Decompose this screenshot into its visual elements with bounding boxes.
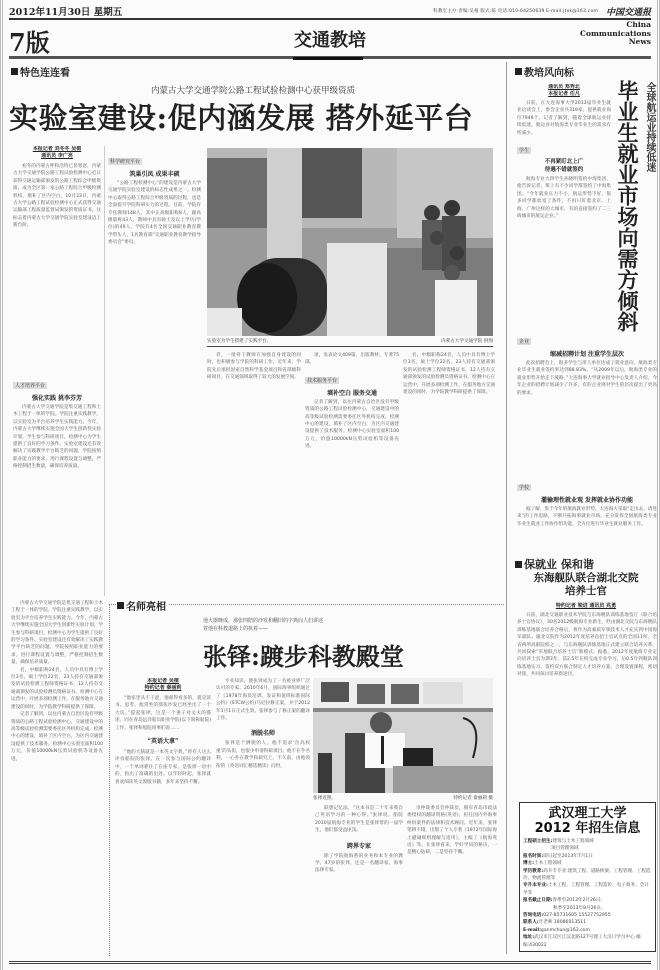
teacher-column-4: 市仲裁委员会仲裁员，拥有青岛市政法委授权的翻译资格(英语)，担任国内外海事纠纷案…: [407, 805, 497, 953]
lead-column-1b: 人才培养平台 强化实践 挑李芬芳 内蒙古大学交通学院是集交通工程和土木工程于一体…: [13, 372, 101, 597]
newspaper-logo: 中国交通报: [606, 5, 651, 18]
section-label-text: 教培风向标: [524, 64, 574, 79]
article-text: 初冬的内蒙古呼和浩特已显寒意，内蒙古大学交通学院公路工程试验检测中心近日获得交通…: [13, 163, 101, 230]
ad-line-label: 工程硕士招生:: [523, 839, 552, 844]
lead-column-2: 科学研究平台 筑巢引凤 成果丰硕 “公路工程检测中心”的建设是内蒙古大学交通学院…: [108, 148, 201, 598]
lead-kicker: 内蒙古大学交通学院公路工程试验检测中心获甲级资质: [103, 84, 403, 96]
article-text: “他家里从不干涩，他却得看多的，就是读书、思考。他常坐的那张沙发已经坐出了一个大…: [115, 695, 211, 732]
teacher-headline: 张铎:踱步科教殿堂: [203, 637, 404, 672]
right-column-mid: 企业 缩减招聘计划 注重学生层次 此次招聘会上，很多学生与用人单位达成了就业意向…: [517, 328, 657, 470]
byline-line: 本报记者 任凡: [548, 91, 580, 97]
headline-line: 培养士官: [515, 585, 657, 598]
photo-credit: 内蒙古大学交通学院 供图: [441, 338, 493, 344]
article-text: 名，中级职称24名，人员中具有博士学位3名，硕士学位22名，23人持有交通部颁发…: [11, 667, 103, 711]
lead-column-1: 本报记者 刘冬冬 吴植 通讯员 李广亮 初冬的内蒙古呼和浩特已显寒意，内蒙古大学…: [13, 146, 101, 370]
newspaper-page: 2012年11月30日 星期五 科教室主办 责编:吴植 版式:陈 电话:010-…: [0, 0, 660, 970]
ad-line: 咨询电话:027-85731605 15527752955: [523, 912, 652, 919]
subsection-tag: 企业: [517, 338, 531, 345]
article-text: 日前，在大连海事大学2013届毕业生就业洽谈会上，参会企业共319家，提供就业岗…: [517, 100, 611, 137]
subsection-heading: 缩减招聘计划 注重学生层次: [517, 349, 657, 358]
headline-line: 东海舰队联合湖北交院: [515, 572, 657, 585]
article-text: 记者了解到，以往内蒙古自治区没有甲级资质的公路工程试验检测中心，交通建设中的高等…: [305, 399, 399, 451]
teacher-column-3: 联想记忆法，“这本书是二十年来我自己英语学习的一种心得。”张铎说。船院2010届…: [315, 805, 403, 953]
lead-column-4: 项，发表论文409篇，出版教材、专著75部。 技术服务平台 填补空白 服务交通 …: [305, 352, 399, 598]
vertical-kicker: 全球航运业持续低迷: [642, 82, 657, 172]
lead-headline: 实验室建设:促内涵发展 搭外延平台: [9, 96, 489, 137]
baojiuye-byline: 特约记者 梁进 通讯员 兆勇: [515, 603, 657, 610]
subsection-heading-line: 待遇不错就签约: [517, 166, 611, 174]
article-text: 据了解，鉴于今年的航海就业形势，大连海大采取“走出去、请进来”的工作思路，不断开…: [517, 506, 657, 528]
subsection-tag: 人才培养平台: [13, 382, 47, 389]
ad-line-label: 报名截止日期:: [523, 898, 552, 903]
subsection-heading: 灌输理性就业观 发挥就业协作功能: [517, 495, 657, 504]
subsection-tag: 学生: [517, 147, 531, 154]
square-bullet-icon: [117, 602, 124, 609]
article-text: 者，一批骨干教师在加强自身建设的同时，也积极参与学院的科研工作。近年来，学院先后…: [207, 352, 301, 382]
teacher-column-1: 本报记者 吴植 特约记者 秦丽莉 “他家里从不干涩，他却得看多的，就是读书、思考…: [115, 678, 211, 953]
lab-photo: [207, 148, 493, 336]
article-text: “他的大脑就是一本英文字典，”曾有人这么评价船院的张铎。在一次参与国际公约翻译中…: [115, 749, 211, 786]
byline-line: 通讯员 李广亮: [41, 153, 73, 159]
article-text: 张铎是个洒脱的人。他不追求‘位高权重’的头衔，也很少申请科研项目。他不在乎名利，…: [216, 740, 310, 770]
ad-line: 工程硕士招生:建筑与土木工程领域: [523, 838, 652, 845]
section-title: 交通教培: [9, 26, 651, 52]
teacher-byline: 本报记者 吴植 特约记者 秦丽莉: [115, 678, 211, 692]
ad-line-value: 建筑与土木工程领域: [552, 839, 593, 844]
subsection-heading: “英语大拿”: [115, 736, 211, 745]
section-title-underline: [293, 57, 363, 60]
ad-line-value: ganmchun@163.com: [541, 928, 590, 933]
right-byline: 通讯员 郑秀北 本报记者 任凡: [517, 84, 611, 98]
right-column-top: 通讯员 郑秀北 本报记者 任凡 日前，在大连海事大学2013届毕业生就业洽谈会上…: [517, 84, 611, 294]
ad-subtitle: 2012 年招生信息: [523, 821, 652, 836]
ad-line-value: 甘老师 18086013511: [539, 920, 586, 925]
masthead: 7版 交通教培 China Communications News: [9, 21, 651, 59]
subsection-heading-line: 不再紧盯北上广: [517, 158, 611, 166]
ad-line-value: 武汉市江汉区江汉北路127号理工大汉口学习中心 邮编:430022: [523, 935, 641, 947]
column-divider: [104, 146, 105, 596]
editor-info: 科教室主办 责编:吴植 版式:陈 电话:010-64250639 E-mail:…: [433, 8, 598, 14]
section-label-tese: 特色连连看: [11, 64, 70, 79]
lab-equipment-image: [207, 148, 493, 336]
article-text: 日前，湖北交通职业技术学院与东海舰队训练基地签订《联合培养士官协议》，30名20…: [517, 612, 657, 679]
issue-date: 2012年11月30日 星期五: [9, 4, 122, 18]
subsection-heading: 跨界专家: [315, 841, 403, 850]
ad-line-value: 项目管理领域: [551, 846, 579, 851]
ad-line: 项目管理领域: [523, 845, 652, 852]
section-label-text: 保就业 保和谐: [524, 556, 594, 572]
lead-column-continued: 内蒙古大学交通学院是集交通工程和土木工程于一体的学院。学院注重实践教学，以实验室…: [11, 600, 103, 956]
ad-line-label: 学历教育:: [523, 869, 543, 874]
lead-column-3: 者，一批骨干教师在加强自身建设的同时，也积极参与学院的科研工作。近年来，学院先后…: [207, 352, 301, 598]
ad-line-label: 咨询电话:: [523, 913, 543, 918]
ad-line: 报名时间:即日起至2013年7月1日: [523, 853, 652, 860]
byline-line: 本报记者 刘冬冬 吴植: [33, 146, 81, 152]
ad-line: E-mail:ganmchun@163.com: [523, 927, 652, 934]
ad-line: 专升本专业:土木工程、工程管理、工程造价、电子商务、会计学等: [523, 882, 652, 897]
subsection-heading: 填补空白 服务交通: [305, 388, 399, 397]
ad-line-label: 报名时间:: [523, 854, 543, 859]
baojiuye-article: 日前，湖北交通职业技术学院与东海舰队训练基地签订《联合培养士官协议》，30名20…: [517, 612, 657, 798]
english-title-line: News: [580, 38, 651, 47]
photo-credit: 特约记者 秦丽莉 摄: [453, 795, 493, 801]
right-column-school: 学校 灌输理性就业观 发挥就业协作功能 据了解，鉴于今年的航海就业形势，大连海大…: [517, 474, 657, 554]
subsection-heading: 不再紧盯北上广 待遇不错就签约: [517, 158, 611, 174]
page-bottom-rule: [9, 961, 651, 964]
section-label-fengxiangbiao: 教培风向标: [515, 64, 574, 79]
subsection-tag: 科学研究平台: [108, 158, 142, 165]
article-text: 专业知识，使张铎成为了一名被业界广泛认可的专家。2010年6月，国际海事组织通过…: [216, 678, 310, 722]
section-label-text: 特色连连看: [20, 64, 70, 79]
ad-line-value: 高升专专业:建筑工程、道路桥梁、工程管理、工程造价、物流管理等: [523, 869, 650, 881]
article-text: 项，发表论文409篇，出版教材、专著75部。: [305, 352, 399, 367]
article-text: 市仲裁委员会仲裁员，拥有青岛市政法委授权的翻译资格(英语)，担任国内外海事纠纷案…: [407, 805, 497, 857]
ad-line: 报名截止日期:春季至2013年2月26日;: [523, 897, 652, 904]
ad-line-label: E-mail:: [523, 928, 541, 933]
subsection-heading: 强化实践 挑李芬芳: [13, 393, 101, 402]
right-column-divider: [506, 62, 507, 954]
ad-line-value: 春季至2013年2月26日;: [552, 898, 602, 903]
square-bullet-icon: [515, 561, 522, 568]
ad-line-value: 土木工程领域: [534, 861, 562, 866]
article-text: 内蒙古大学交通学院是集交通工程和土木工程于一体的学院。学院注重实践教学，以实验室…: [11, 600, 103, 667]
subsection-tag: 学校: [517, 484, 531, 491]
teacher-at-desk-image: [313, 678, 493, 793]
section-label-mingshi: 名师亮相: [117, 598, 169, 613]
byline-line: 特约记者 梁进 通讯员 兆勇: [556, 603, 616, 609]
teacher-column-2: 专业知识，使张铎成为了一名被业界广泛认可的专家。2010年6月，国际海事组织通过…: [216, 678, 310, 953]
caption-text: 张铎近照。: [313, 795, 336, 801]
photo-caption: 实验室为学生搭建了实践平台。 内蒙古大学交通学院 供图: [207, 338, 493, 344]
ad-line-label: 专升本专业:: [523, 883, 548, 888]
section-label-text: 名师亮相: [126, 598, 166, 613]
masthead-top-bar: 2012年11月30日 星期五 科教室主办 责编:吴植 版式:陈 电话:010-…: [9, 4, 651, 20]
english-title: China Communications News: [580, 21, 651, 47]
article-text: 内蒙古大学交通学院是集交通工程和土木工程于一体的学院。学院注重实践教学，以实验室…: [13, 404, 101, 471]
teacher-kicker: 他大器晚成，那张四陪的沙发和翻旧的字典向人们讲述着他在科教道路上的执着——: [203, 617, 323, 633]
ad-line-value: 即日起至2013年7月1日: [543, 854, 593, 859]
caption-text: 实验室为学生搭建了实践平台。: [207, 338, 271, 344]
article-text: 记者了解到，以往内蒙古自治区没有甲级资质的公路工程试验检测中心，交通建设中的高等…: [11, 711, 103, 763]
ad-line: 联系人:甘老师 18086013511: [523, 919, 652, 926]
lead-column-5: 名，中级职称24名，人员中具有博士学位3名，硕士学位22名，23人持有交通部颁发…: [403, 352, 495, 598]
byline-line: 本报记者 吴植: [147, 678, 179, 684]
article-text: 名，中级职称24名，人员中具有博士学位3名，硕士学位22名，23人持有交通部颁发…: [403, 352, 495, 396]
article-text: “公路工程检测中心”的建设是内蒙古大学交通学院实验室建设的标志性成果之一。检测中…: [108, 180, 201, 247]
article-text: 联想记忆法，“这本书是二十年来我自己英语学习的一种心得。”张铎说。船院2010届…: [315, 805, 403, 835]
portrait-caption: 张铎近照。 特约记者 秦丽莉 摄: [313, 795, 493, 801]
ad-line: 学历教育:高升专专业:建筑工程、道路桥梁、工程管理、工程造价、物流管理等: [523, 868, 652, 883]
portrait-photo: [313, 678, 493, 793]
ad-line: 秋季至2013年8月26日。: [523, 905, 652, 912]
subsection-heading: 酒脱名师: [216, 728, 310, 737]
byline-line: 特约记者 秦丽莉: [145, 685, 182, 691]
byline-line: 通讯员 郑秀北: [548, 84, 580, 90]
ad-line-label: 联系人:: [523, 920, 539, 925]
ad-line: 地址:武汉市江汉区江汉北路127号理工大汉口学习中心 邮编:430022: [523, 934, 652, 949]
ad-line-label: 博士:: [523, 861, 534, 866]
square-bullet-icon: [515, 68, 522, 75]
article-text: 航海专业大四学生孙晓明签约中海集团，他告诉记者，班上有不少同学都签约了中海集团。…: [517, 176, 611, 220]
ad-line-value: 秋季至2013年8月26日。: [553, 906, 606, 911]
admissions-ad: 武汉理工大学 2012 年招生信息 工程硕士招生:建筑与土木工程领域 项目管理领…: [519, 802, 656, 952]
baojiuye-headline: 东海舰队联合湖北交院 培养士官: [515, 572, 657, 598]
lead-byline: 本报记者 刘冬冬 吴植 通讯员 李广亮: [13, 146, 101, 160]
ad-line-value: 027-85731605 15527752955: [543, 913, 610, 918]
article-text: 除了学院航海系的业务和本专业的教学，47岁的张铎，还是一名翻译家、海事法律专家。: [315, 853, 403, 875]
caption-rule: [207, 346, 493, 347]
ad-line-label: 地址:: [523, 935, 534, 940]
ad-line: 博士:土木工程领域: [523, 860, 652, 867]
vertical-headline: 毕业生就业市场向需方倾斜: [616, 80, 639, 332]
ad-title: 武汉理工大学: [523, 806, 652, 821]
square-bullet-icon: [11, 68, 18, 75]
article-text: 此次招聘会上，很多学生与用人单位达成了就业意向，航海类专业毕业生就业签约率达到8…: [517, 360, 657, 397]
subsection-heading: 筑巢引凤 成果丰硕: [108, 169, 201, 178]
section-label-baojiuye: 保就业 保和谐: [515, 556, 594, 572]
subsection-tag: 技术服务平台: [305, 377, 339, 384]
